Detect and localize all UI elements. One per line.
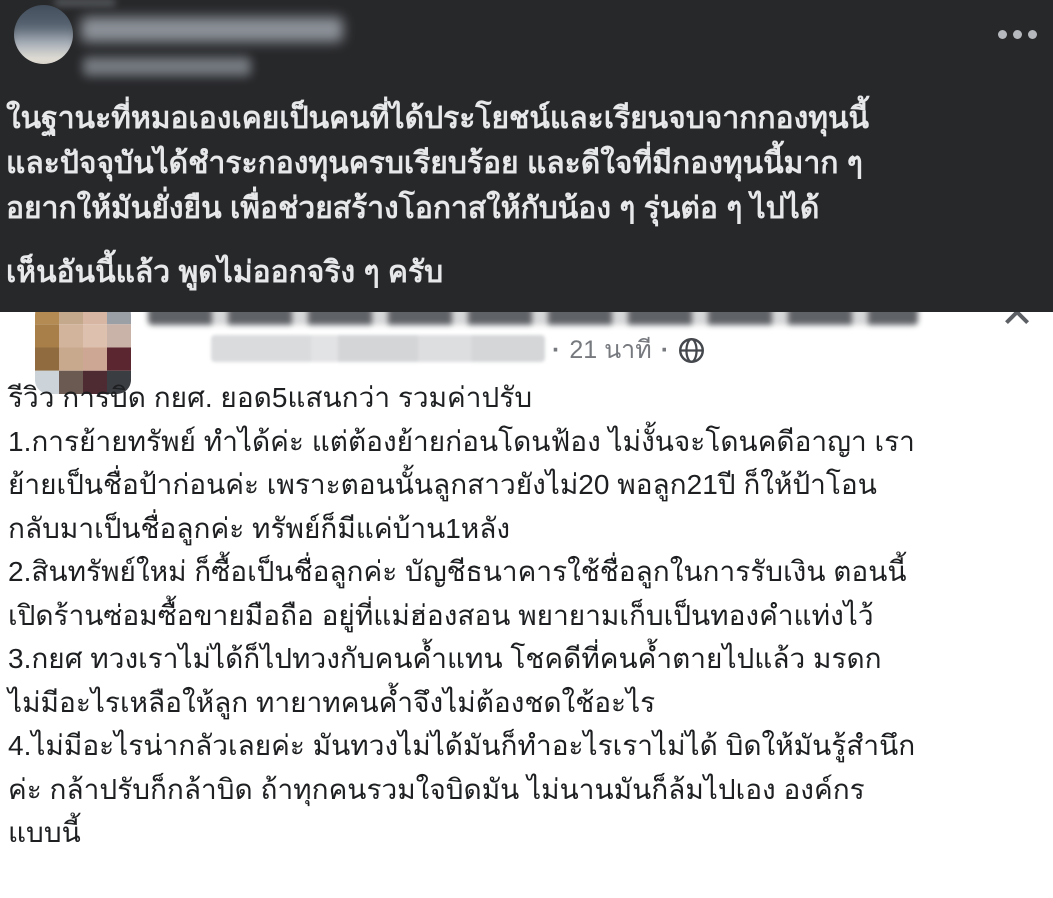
facebook-post-screenshot: ในฐานะที่หมอเองเคยเป็นคนที่ได้ประโยชน์แล…	[0, 0, 1053, 898]
dot	[998, 30, 1007, 39]
globe-privacy-icon	[678, 337, 705, 364]
embedded-text-line: รีวิว การบิด กยศ. ยอด5แสนกว่า รวมค่าปรับ	[8, 376, 1049, 420]
author-name-blurred[interactable]	[81, 17, 343, 42]
embedded-text-line: เปิดร้านซ่อมซื้อขายมือถือ อยู่ที่แม่ฮ่อง…	[8, 594, 1049, 638]
post-text-line: ในฐานะที่หมอเองเคยเป็นคนที่ได้ประโยชน์แล…	[6, 96, 1049, 141]
embedded-post-meta: · 21 นาที ·	[552, 335, 705, 365]
post-timestamp-blurred	[83, 57, 251, 76]
embedded-text-line: ไม่มีอะไรเหลือให้ลูก ทายาทคนค้ำจึงไม่ต้อ…	[8, 681, 1049, 725]
embedded-text-line: ย้ายเป็นชื่อป้าก่อนค่ะ เพราะตอนนั้นลูกสา…	[8, 463, 1049, 507]
post-text: ในฐานะที่หมอเองเคยเป็นคนที่ได้ประโยชน์แล…	[6, 96, 1049, 295]
post-text-line: และปัจจุบันได้ชำระกองทุนครบเรียบร้อย และ…	[6, 141, 1049, 186]
embedded-text-line: 3.กยศ ทวงเราไม่ได้ก็ไปทวงกับคนค้ำแทน โชค…	[8, 637, 1049, 681]
embedded-text-line: 2.สินทรัพย์ใหม่ ก็ซื้อเป็นชื่อลูกค่ะ บัญ…	[8, 550, 1049, 594]
embedded-text-line: แบบนี้	[8, 811, 1049, 855]
avatar-blur	[14, 5, 73, 64]
post-text-line: เห็นอันนี้แล้ว พูดไม่ออกจริง ๆ ครับ	[6, 250, 1049, 295]
embedded-post-text: รีวิว การบิด กยศ. ยอด5แสนกว่า รวมค่าปรับ…	[8, 376, 1049, 855]
outer-post: ในฐานะที่หมอเองเคยเป็นคนที่ได้ประโยชน์แล…	[0, 0, 1053, 312]
separator-dot: ·	[552, 336, 560, 365]
embedded-text-line: 4.ไม่มีอะไรน่ากลัวเลยค่ะ มันทวงไม่ได้มัน…	[8, 724, 1049, 768]
dot	[1013, 30, 1022, 39]
embedded-text-line: 1.การย้ายทรัพย์ ทำได้ค่ะ แต่ต้องย้ายก่อน…	[8, 420, 1049, 464]
avatar[interactable]	[14, 5, 73, 64]
embedded-text-line: กลับมาเป็นชื่อลูกค่ะ ทรัพย์ก็มีแค่บ้าน1ห…	[8, 507, 1049, 551]
embedded-author-name-blurred[interactable]	[211, 335, 545, 362]
embedded-post: · 21 นาที · ✕ รีวิว การบิด กยศ. ยอด5แสนก…	[0, 312, 1053, 898]
timestamp[interactable]: 21 นาที	[569, 330, 651, 370]
dot	[1028, 30, 1037, 39]
embedded-text-line: ค่ะ กล้าปรับก็กล้าบิด ถ้าทุกคนรวมใจบิดมั…	[8, 768, 1049, 812]
post-text-line: อยากให้มันยั่งยืน เพื่อช่วยสร้างโอกาสให้…	[6, 186, 1049, 231]
separator-dot: ·	[661, 336, 669, 365]
ellipsis-menu-icon[interactable]	[998, 30, 1037, 39]
